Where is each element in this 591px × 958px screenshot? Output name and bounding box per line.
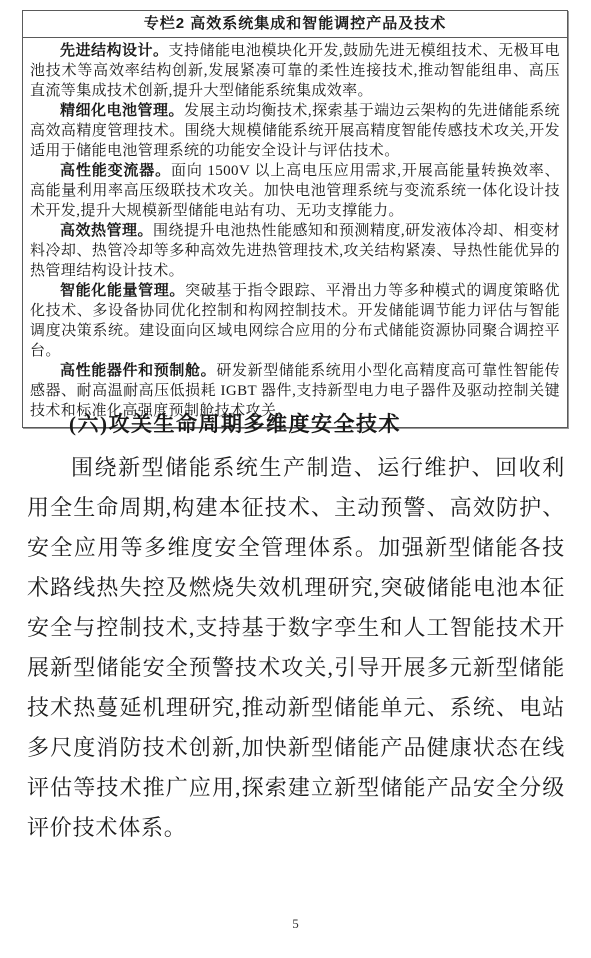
box-body: 先进结构设计。支持储能电池模块化开发,鼓励先进无模组技术、无极耳电池技术等高效率… bbox=[23, 38, 567, 427]
page-number: 5 bbox=[0, 916, 591, 932]
document-page: 专栏2 高效系统集成和智能调控产品及技术 先进结构设计。支持储能电池模块化开发,… bbox=[0, 0, 591, 958]
box-paragraph: 先进结构设计。支持储能电池模块化开发,鼓励先进无模组技术、无极耳电池技术等高效率… bbox=[30, 41, 560, 101]
paragraph-lead: 高效热管理。 bbox=[60, 222, 153, 239]
paragraph-lead: 先进结构设计。 bbox=[60, 42, 168, 59]
body-paragraph: 围绕新型储能系统生产制造、运行维护、回收利用全生命周期,构建本征技术、主动预警、… bbox=[27, 448, 565, 848]
callout-box: 专栏2 高效系统集成和智能调控产品及技术 先进结构设计。支持储能电池模块化开发,… bbox=[22, 10, 568, 428]
box-paragraph: 高性能变流器。面向 1500V 以上高电压应用需求,开展高能量转换效率、高能量利… bbox=[30, 161, 560, 221]
box-paragraph: 精细化电池管理。发展主动均衡技术,探索基于端边云架构的先进储能系统高效高精度管理… bbox=[30, 101, 560, 161]
box-paragraph: 智能化能量管理。突破基于指令跟踪、平滑出力等多种模式的调度策略优化技术、多设备协… bbox=[30, 281, 560, 361]
paragraph-lead: 高性能变流器。 bbox=[60, 162, 171, 179]
box-title: 专栏2 高效系统集成和智能调控产品及技术 bbox=[23, 11, 567, 38]
paragraph-lead: 精细化电池管理。 bbox=[60, 102, 184, 119]
paragraph-lead: 智能化能量管理。 bbox=[60, 282, 185, 299]
box-paragraph: 高效热管理。围绕提升电池热性能感知和预测精度,研发液体冷却、相变材料冷却、热管冷… bbox=[30, 221, 560, 281]
paragraph-lead: 高性能器件和预制舱。 bbox=[60, 362, 216, 379]
section-heading: (六)攻关生命周期多维度安全技术 bbox=[27, 408, 565, 438]
